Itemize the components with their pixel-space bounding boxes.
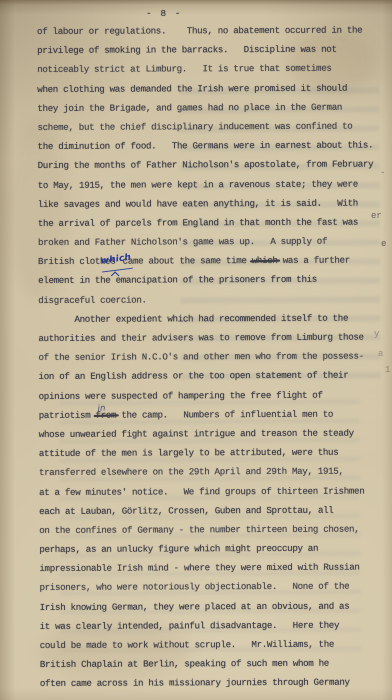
typed-line: transferred elsewhere on the 29th April … bbox=[39, 462, 385, 483]
handwritten-word: which bbox=[100, 249, 133, 273]
typed-segment: attitude of the men is largely to be att… bbox=[39, 447, 339, 459]
typed-line: noticeably strict at Limburg. It is true… bbox=[37, 59, 383, 80]
typed-line: disgraceful coercion. bbox=[38, 289, 384, 310]
typed-line: prisoners, who were notoriously objectio… bbox=[39, 577, 385, 598]
typed-line: of the senior Irish N.C.O's and other me… bbox=[38, 347, 384, 368]
struck-word: which bbox=[252, 255, 278, 266]
typed-segment: to May, 1915, the men were kept in a rav… bbox=[38, 178, 358, 190]
typed-segment: patriotism bbox=[39, 409, 96, 420]
typed-segment: privilege of smoking in the barracks. Di… bbox=[37, 44, 337, 56]
typed-line: During the months of Father Nicholson's … bbox=[38, 155, 384, 176]
typed-line: the diminution of food. The Germans were… bbox=[38, 136, 384, 157]
typed-line: Irish knowing German, they were placed a… bbox=[40, 596, 386, 617]
typed-line: broken and Father Nicholson's game was u… bbox=[38, 232, 384, 253]
typed-segment: authorities and their advisers was to re… bbox=[38, 332, 363, 344]
typed-segment: came about the same time bbox=[117, 255, 251, 267]
typed-line: impressionable Irish mind - where they w… bbox=[39, 558, 385, 579]
struck-word: fromin bbox=[96, 409, 117, 420]
typed-line: British Chaplain at Berlin, speaking of … bbox=[40, 654, 386, 675]
typed-line: whose unwearied fight against intrigue a… bbox=[39, 423, 385, 444]
typed-segment: they join the Brigade, and games had no … bbox=[37, 101, 342, 113]
typed-line: at a few minutes' notice. We find groups… bbox=[39, 481, 385, 502]
typed-line: element in the emancipation of the priso… bbox=[38, 270, 384, 291]
typed-line: to May, 1915, the men were kept in a rav… bbox=[38, 174, 384, 195]
bleedthrough-mark: y bbox=[374, 329, 379, 339]
typed-segment: like savages and would have eaten anythi… bbox=[38, 197, 358, 209]
typed-line: often came across in his missionary jour… bbox=[40, 673, 386, 694]
bleedthrough-mark: 1 bbox=[385, 365, 390, 375]
typed-segment: Another expedient which had recommended … bbox=[38, 312, 348, 324]
typed-segment: broken and Father Nicholson's game was u… bbox=[38, 236, 327, 248]
typed-segment: prisoners, who were notoriously objectio… bbox=[39, 581, 349, 593]
typed-segment: whose unwearied fight against intrigue a… bbox=[39, 428, 354, 440]
typed-line: the arrival of parcels from England in t… bbox=[38, 212, 384, 233]
typed-segment: the camp. Numbers of influential men to bbox=[116, 408, 333, 420]
typed-segment: scheme, but the chief disciplinary induc… bbox=[37, 121, 352, 133]
typed-segment: of the senior Irish N.C.O's and other me… bbox=[38, 351, 363, 363]
typed-segment: ion of an English address or the too ope… bbox=[39, 370, 349, 382]
typed-segment: opinions were suspected of hampering the… bbox=[39, 389, 323, 401]
typed-line: of labour or regulations. Thus, no abate… bbox=[37, 20, 383, 41]
bleedthrough-mark: er bbox=[371, 211, 382, 221]
typed-line: British clotheswhich came about the same… bbox=[38, 251, 384, 272]
page-number: - 8 - bbox=[146, 8, 182, 19]
typed-line: when clothing was demanded the Irish wer… bbox=[37, 78, 383, 99]
typed-line: on the confines of Germany - the number … bbox=[39, 519, 385, 540]
typed-line: patriotism fromin the camp. Numbers of i… bbox=[39, 404, 385, 425]
bleedthrough-mark: a bbox=[378, 349, 383, 359]
typed-segment: During the months of Father Nicholson's … bbox=[38, 159, 374, 171]
typed-line: perhaps, as an unlucky figure which migh… bbox=[39, 539, 385, 560]
typed-segment: of labour or regulations. Thus, no abate… bbox=[37, 25, 362, 37]
typed-line: ion of an English address or the too ope… bbox=[39, 366, 385, 387]
typescript-page: - 8 - of labour or regulations. Thus, no… bbox=[0, 0, 392, 700]
document-photo: - 8 - of labour or regulations. Thus, no… bbox=[0, 0, 392, 700]
typed-segment: at a few minutes' notice. We find groups… bbox=[39, 485, 364, 497]
typed-line: attitude of the men is largely to be att… bbox=[39, 443, 385, 464]
typed-segment: on the confines of Germany - the number … bbox=[39, 523, 359, 535]
bleedthrough-mark: - bbox=[380, 168, 385, 178]
typed-line: authorities and their advisers was to re… bbox=[38, 327, 384, 348]
typed-segment: often came across in his missionary jour… bbox=[40, 677, 350, 689]
typed-line: like savages and would have eaten anythi… bbox=[38, 193, 384, 214]
typed-line: they join the Brigade, and games had no … bbox=[37, 97, 383, 118]
typed-text: of labour or regulations. Thus, no abate… bbox=[37, 20, 386, 693]
typed-segment: transferred elsewhere on the 29th April … bbox=[39, 466, 344, 478]
typed-segment: Irish knowing German, they were placed a… bbox=[40, 600, 350, 612]
typed-line: it was clearly intended, painful disadva… bbox=[40, 615, 386, 636]
typed-line: scheme, but the chief disciplinary induc… bbox=[37, 116, 383, 137]
typed-segment: when clothing was demanded the Irish wer… bbox=[37, 82, 347, 94]
typed-segment: British Chaplain at Berlin, speaking of … bbox=[40, 658, 329, 670]
typed-line: each at Lauban, Görlitz, Crossen, Guben … bbox=[39, 500, 385, 521]
typed-segment: could be made to work without scruple. M… bbox=[40, 639, 334, 651]
typed-segment: noticeably strict at Limburg. It is true… bbox=[37, 63, 331, 75]
typed-segment: the diminution of food. The Germans were… bbox=[38, 140, 374, 152]
typed-segment: disgraceful coercion. bbox=[38, 294, 146, 305]
typed-segment: impressionable Irish mind - where they w… bbox=[39, 562, 359, 574]
bleedthrough-mark: e bbox=[381, 239, 386, 249]
typed-line: privilege of smoking in the barracks. Di… bbox=[37, 40, 383, 61]
typed-line: opinions were suspected of hampering the… bbox=[39, 385, 385, 406]
typed-segment: it was clearly intended, painful disadva… bbox=[40, 620, 340, 632]
typed-segment: the arrival of parcels from England in t… bbox=[38, 216, 358, 228]
typed-segment: was a further bbox=[278, 255, 350, 266]
typed-line: Another expedient which had recommended … bbox=[38, 308, 384, 329]
typed-segment: perhaps, as an unlucky figure which migh… bbox=[39, 543, 318, 555]
typed-segment: each at Lauban, Görlitz, Crossen, Guben … bbox=[39, 504, 333, 516]
typed-line: could be made to work without scruple. M… bbox=[40, 634, 386, 655]
typed-segment: element in the emancipation of the priso… bbox=[38, 274, 317, 286]
